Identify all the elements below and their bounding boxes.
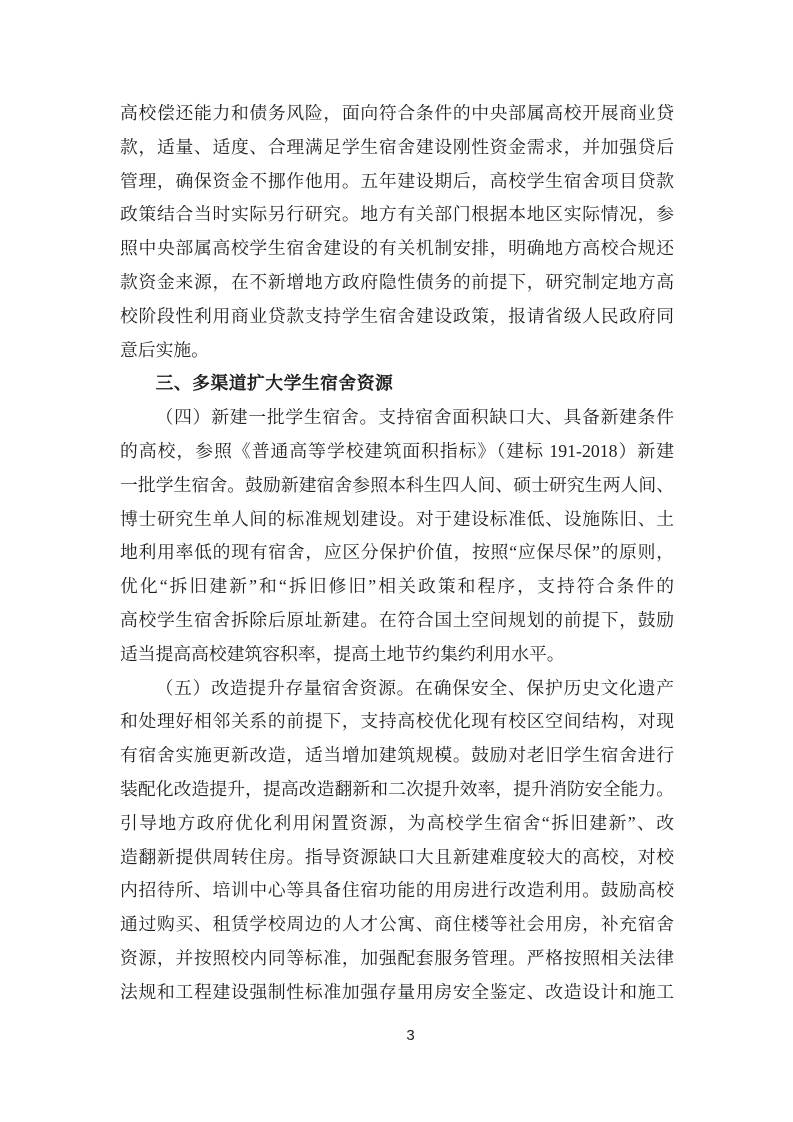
text-line: 装配化改造提升，提高改造翻新和二次提升效率，提升消防安全能力。	[120, 773, 674, 807]
text-line: 法规和工程建设强制性标准加强存量用房安全鉴定、改造设计和施工	[120, 976, 674, 1010]
section-heading: 三、多渠道扩大学生宿舍资源	[120, 367, 674, 401]
page-number: 3	[406, 1026, 414, 1046]
text-line: 的高校，参照《普通高等学校建筑面积指标》（建标 191-2018）新建	[120, 435, 674, 469]
text-line: （五）改造提升存量宿舍资源。在确保安全、保护历史文化遗产	[120, 672, 674, 706]
text-line: 一批学生宿舍。鼓励新建宿舍参照本科生四人间、硕士研究生两人间、	[120, 469, 674, 503]
text-line: 造翻新提供周转住房。指导资源缺口大且新建难度较大的高校，对校	[120, 841, 674, 875]
text-line: 照中央部属高校学生宿舍建设的有关机制安排，明确地方高校合规还	[120, 232, 674, 266]
text-line: 地利用率低的现有宿舍，应区分保护价值，按照“应保尽保”的原则，	[120, 536, 674, 570]
text-line: 引导地方政府优化利用闲置资源，为高校学生宿舍“拆旧建新”、改	[120, 807, 674, 841]
text-line: 校阶段性利用商业贷款支持学生宿舍建设政策，报请省级人民政府同	[120, 300, 674, 334]
text-line: 和处理好相邻关系的前提下，支持高校优化现有校区空间结构，对现	[120, 705, 674, 739]
text-line: 高校偿还能力和债务风险，面向符合条件的中央部属高校开展商业贷	[120, 97, 674, 131]
text-line: 有宿舍实施更新改造，适当增加建筑规模。鼓励对老旧学生宿舍进行	[120, 739, 674, 773]
page-footer: 3	[0, 1026, 793, 1046]
document-body: 高校偿还能力和债务风险，面向符合条件的中央部属高校开展商业贷款，适量、适度、合理…	[120, 97, 674, 1010]
text-line: 款资金来源，在不新增地方政府隐性债务的前提下，研究制定地方高	[120, 266, 674, 300]
text-line: 适当提高高校建筑容积率，提高土地节约集约利用水平。	[120, 638, 674, 672]
text-line: 通过购买、租赁学校周边的人才公寓、商住楼等社会用房，补充宿舍	[120, 908, 674, 942]
text-line: 内招待所、培训中心等具备住宿功能的用房进行改造利用。鼓励高校	[120, 874, 674, 908]
text-line: 优化“拆旧建新”和“拆旧修旧”相关政策和程序，支持符合条件的	[120, 570, 674, 604]
text-line: （四）新建一批学生宿舍。支持宿舍面积缺口大、具备新建条件	[120, 401, 674, 435]
text-line: 政策结合当时实际另行研究。地方有关部门根据本地区实际情况，参	[120, 198, 674, 232]
text-line: 博士研究生单人间的标准规划建设。对于建设标准低、设施陈旧、土	[120, 503, 674, 537]
text-line: 资源，并按照校内同等标准，加强配套服务管理。严格按照相关法律	[120, 942, 674, 976]
text-line: 管理，确保资金不挪作他用。五年建设期后，高校学生宿舍项目贷款	[120, 165, 674, 199]
text-line: 高校学生宿舍拆除后原址新建。在符合国土空间规划的前提下，鼓励	[120, 604, 674, 638]
text-line: 款，适量、适度、合理满足学生宿舍建设刚性资金需求，并加强贷后	[120, 131, 674, 165]
text-line: 意后实施。	[120, 334, 674, 368]
document-page: 高校偿还能力和债务风险，面向符合条件的中央部属高校开展商业贷款，适量、适度、合理…	[0, 0, 793, 1122]
